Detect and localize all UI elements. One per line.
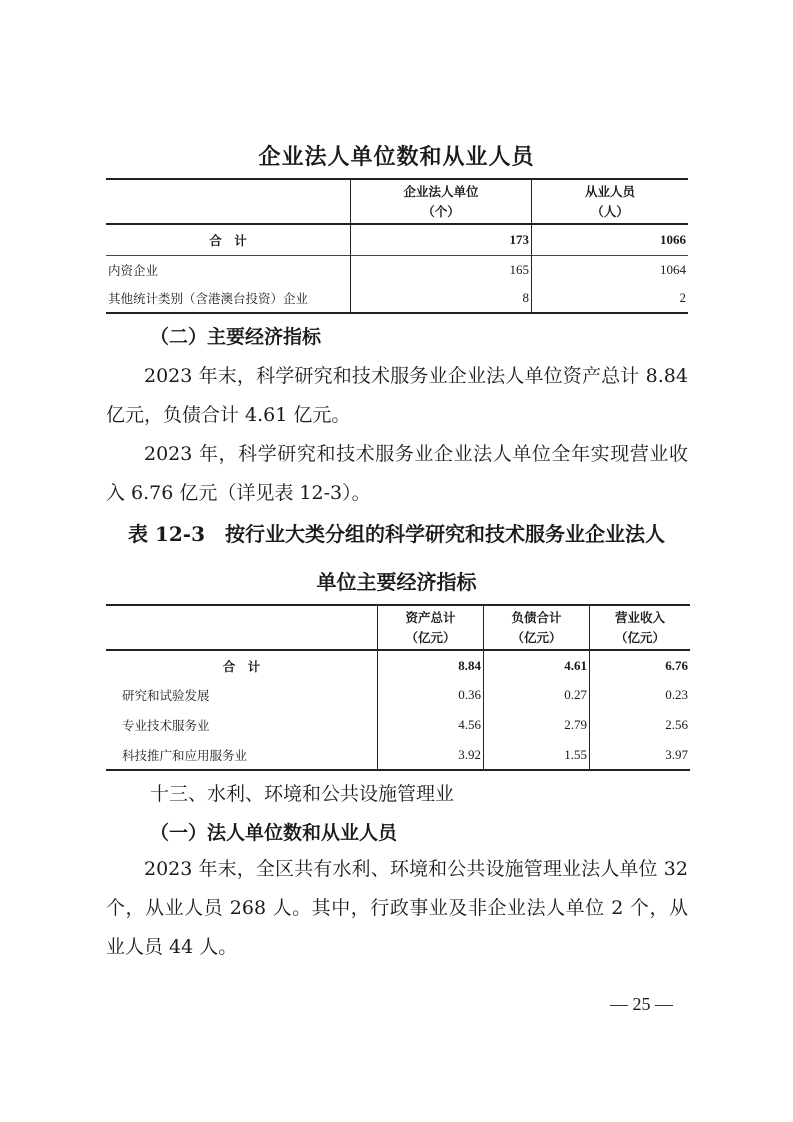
- header-total-liabilities: 负债合计 （亿元）: [484, 605, 590, 650]
- total-value: 1066: [532, 224, 689, 255]
- row-label: 科技推广和应用服务业: [106, 740, 378, 770]
- header-unit: （个）: [353, 202, 529, 222]
- row-label: 专业技术服务业: [106, 710, 378, 740]
- enterprise-units-table: 企业法人单位 （个） 从业人员 （人） 合 计 173 1066 内资企业 16…: [106, 178, 688, 314]
- total-label: 合 计: [106, 224, 351, 255]
- row-label: 研究和试验发展: [106, 680, 378, 710]
- row-value: 4.56: [378, 710, 484, 740]
- paragraph: 2023 年末，科学研究和技术服务业企业法人单位资产总计 8.84 亿元，负债合…: [106, 357, 688, 435]
- section-heading-water-environment: 十三、水利、环境和公共设施管理业: [150, 779, 454, 806]
- row-label: 内资企业: [106, 255, 351, 284]
- table-header-row: 资产总计 （亿元） 负债合计 （亿元） 营业收入 （亿元）: [106, 605, 690, 650]
- table-header-row: 企业法人单位 （个） 从业人员 （人）: [106, 179, 688, 224]
- total-value: 173: [351, 224, 532, 255]
- table-total-row: 合 计 173 1066: [106, 224, 688, 255]
- row-value: 3.92: [378, 740, 484, 770]
- table-row: 专业技术服务业 4.56 2.79 2.56: [106, 710, 690, 740]
- subsection-heading-units-employees: （一）法人单位数和从业人员: [150, 818, 397, 845]
- header-total-assets: 资产总计 （亿元）: [378, 605, 484, 650]
- header-enterprise-units: 企业法人单位 （个）: [351, 179, 532, 224]
- header-unit: （亿元）: [486, 628, 587, 648]
- row-label: 其他统计类别（含港澳台投资）企业: [106, 284, 351, 313]
- total-value: 4.61: [484, 650, 590, 680]
- table-row: 内资企业 165 1064: [106, 255, 688, 284]
- economic-indicators-table: 资产总计 （亿元） 负债合计 （亿元） 营业收入 （亿元） 合 计 8.84 4…: [106, 604, 690, 771]
- page-number: — 25 —: [610, 994, 673, 1015]
- header-unit: （亿元）: [380, 628, 481, 648]
- section-heading-economic-indicators: （二）主要经济指标: [150, 322, 321, 349]
- table-row: 其他统计类别（含港澳台投资）企业 8 2: [106, 284, 688, 313]
- table2-title-line2: 单位主要经济指标: [0, 566, 793, 595]
- row-value: 0.36: [378, 680, 484, 710]
- row-value: 0.23: [590, 680, 691, 710]
- row-value: 1064: [532, 255, 689, 284]
- paragraph: 2023 年末，全区共有水利、环境和公共设施管理业法人单位 32 个，从业人员 …: [106, 850, 688, 967]
- row-value: 8: [351, 284, 532, 313]
- header-label: 资产总计: [380, 608, 481, 628]
- row-value: 1.55: [484, 740, 590, 770]
- row-value: 3.97: [590, 740, 691, 770]
- header-label: 从业人员: [534, 182, 686, 202]
- table2-title-line1: 表 12-3 按行业大类分组的科学研究和技术服务业企业法人: [0, 518, 793, 547]
- header-label: 负债合计: [486, 608, 587, 628]
- header-unit: （亿元）: [592, 628, 688, 648]
- header-blank: [106, 179, 351, 224]
- header-unit: （人）: [534, 202, 686, 222]
- row-value: 2.79: [484, 710, 590, 740]
- row-value: 165: [351, 255, 532, 284]
- header-operating-revenue: 营业收入 （亿元）: [590, 605, 691, 650]
- table-row: 研究和试验发展 0.36 0.27 0.23: [106, 680, 690, 710]
- table-row: 科技推广和应用服务业 3.92 1.55 3.97: [106, 740, 690, 770]
- total-value: 6.76: [590, 650, 691, 680]
- table-total-row: 合 计 8.84 4.61 6.76: [106, 650, 690, 680]
- header-employees: 从业人员 （人）: [532, 179, 689, 224]
- paragraph: 2023 年，科学研究和技术服务业企业法人单位全年实现营业收入 6.76 亿元（…: [106, 435, 688, 513]
- header-label: 营业收入: [592, 608, 688, 628]
- total-label: 合 计: [106, 650, 378, 680]
- row-value: 2.56: [590, 710, 691, 740]
- row-value: 0.27: [484, 680, 590, 710]
- header-label: 企业法人单位: [353, 182, 529, 202]
- row-value: 2: [532, 284, 689, 313]
- header-blank: [106, 605, 378, 650]
- total-value: 8.84: [378, 650, 484, 680]
- table1-title: 企业法人单位数和从业人员: [0, 140, 793, 171]
